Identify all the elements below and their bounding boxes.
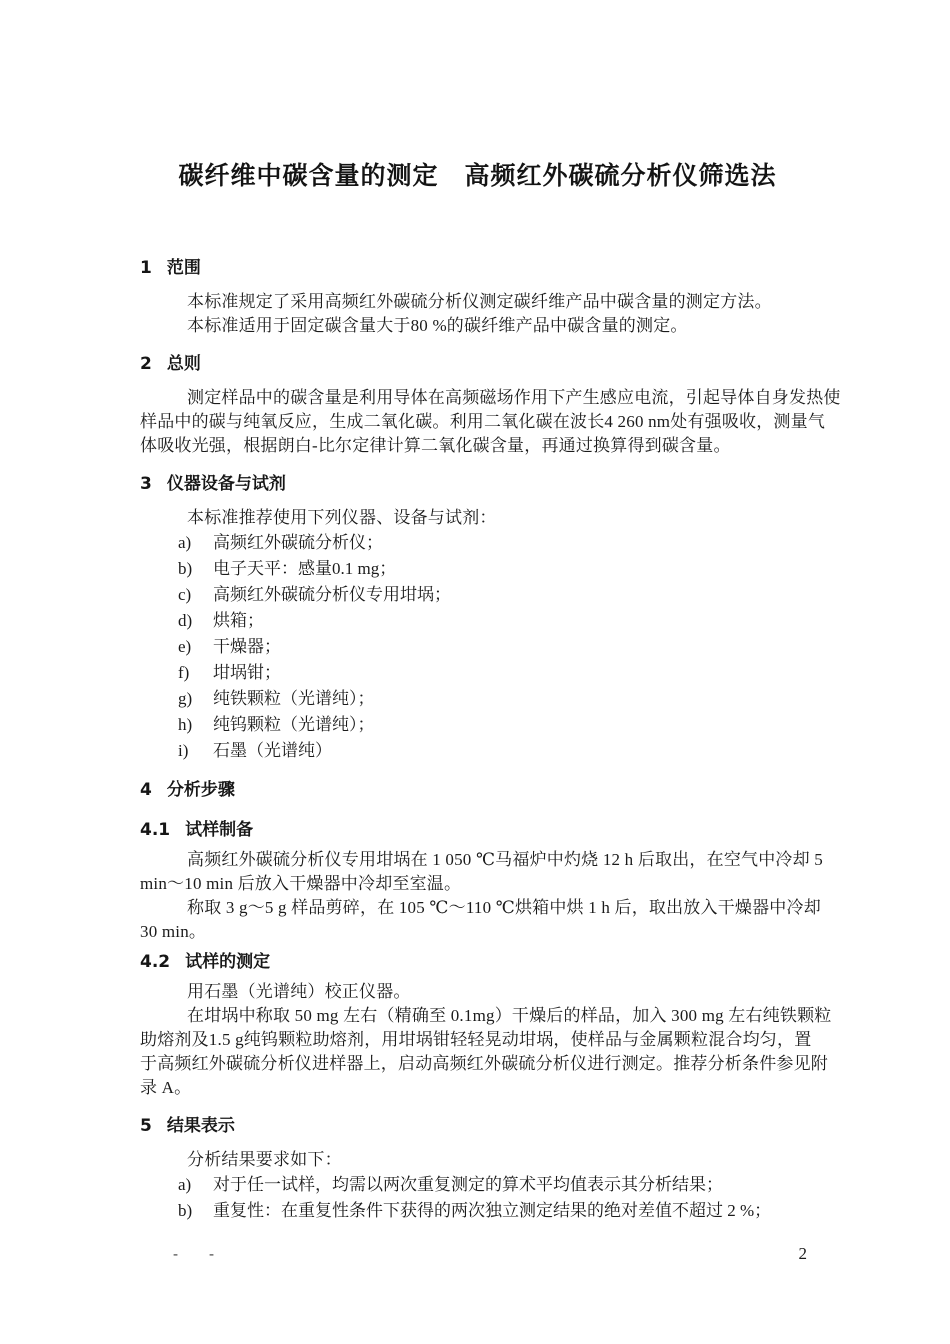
list-item-label: e) — [178, 634, 213, 660]
section-heading: 2总则 — [140, 352, 815, 376]
paragraph-line: 测定样品中的碳含量是利用导体在高频磁场作用下产生感应电流，引起导体自身发热使 — [140, 386, 815, 410]
section-heading-text: 结果表示 — [167, 1116, 235, 1136]
section-2: 2总则测定样品中的碳含量是利用导体在高频磁场作用下产生感应电流，引起导体自身发热… — [140, 338, 815, 458]
section-4.2: 4.2试样的测定用石墨（光谱纯）校正仪器。在坩埚中称取 50 mg 左右（精确至… — [140, 944, 815, 1100]
paragraph-line: 用石墨（光谱纯）校正仪器。 — [140, 980, 815, 1004]
list-item-label: a) — [178, 1172, 213, 1198]
list-item-text: 电子天平：感量0.1 mg； — [213, 559, 396, 578]
section-heading: 1范围 — [140, 256, 815, 280]
list-item: d)烘箱； — [140, 608, 815, 634]
section-heading: 3仪器设备与试剂 — [140, 472, 815, 496]
footer: - - 2 — [140, 1244, 813, 1264]
list-item-label: b) — [178, 1198, 213, 1224]
list-item-text: 对于任一试样，均需以两次重复测定的算术平均值表示其分析结果； — [213, 1175, 723, 1194]
list-item: b)重复性：在重复性条件下获得的两次独立测定结果的绝对差值不超过 2 %； — [140, 1198, 815, 1224]
section-heading: 4.2试样的测定 — [140, 950, 815, 974]
section-heading: 5结果表示 — [140, 1114, 815, 1138]
list-item-label: g) — [178, 686, 213, 712]
document-content: 碳纤维中碳含量的测定 高频红外碳硫分析仪筛选法 1范围本标准规定了采用高频红外碳… — [140, 0, 815, 1224]
section-number: 1 — [140, 256, 152, 280]
list-item-label: a) — [178, 530, 213, 556]
paragraph-line: 样品中的碳与纯氧反应，生成二氧化碳。利用二氧化碳在波长4 260 nm处有强吸收… — [140, 410, 815, 434]
section-5: 5结果表示分析结果要求如下：a)对于任一试样，均需以两次重复测定的算术平均值表示… — [140, 1100, 815, 1224]
paragraph-line: 于高频红外碳硫分析仪进样器上，启动高频红外碳硫分析仪进行测定。推荐分析条件参见附 — [140, 1052, 815, 1076]
section-heading-text: 试样制备 — [185, 820, 253, 840]
document-page: 碳纤维中碳含量的测定 高频红外碳硫分析仪筛选法 1范围本标准规定了采用高频红外碳… — [0, 0, 950, 1344]
list-item: a)对于任一试样，均需以两次重复测定的算术平均值表示其分析结果； — [140, 1172, 815, 1198]
list-item: h)纯钨颗粒（光谱纯）； — [140, 712, 815, 738]
list-item-text: 烘箱； — [213, 611, 264, 630]
list-item-text: 石墨（光谱纯） — [213, 741, 332, 760]
list-item-label: f) — [178, 660, 213, 686]
paragraph-line: 体吸收光强，根据朗白-比尔定律计算二氧化碳含量，再通过换算得到碳含量。 — [140, 434, 815, 458]
list-item: g)纯铁颗粒（光谱纯）； — [140, 686, 815, 712]
list-item: e)干燥器； — [140, 634, 815, 660]
document-title: 碳纤维中碳含量的测定 高频红外碳硫分析仪筛选法 — [140, 160, 815, 192]
paragraph-line: 助熔剂及1.5 g纯钨颗粒助熔剂，用坩埚钳轻轻晃动坩埚，使样品与金属颗粒混合均匀… — [140, 1028, 815, 1052]
list-item-text: 坩埚钳； — [213, 663, 281, 682]
section-heading: 4.1试样制备 — [140, 818, 815, 842]
section-3: 3仪器设备与试剂本标准推荐使用下列仪器、设备与试剂：a)高频红外碳硫分析仪；b)… — [140, 458, 815, 764]
paragraph-line: 分析结果要求如下： — [140, 1148, 815, 1172]
section-4: 4分析步骤 — [140, 764, 815, 812]
section-heading-text: 分析步骤 — [167, 780, 235, 800]
section-1: 1范围本标准规定了采用高频红外碳硫分析仪测定碳纤维产品中碳含量的测定方法。本标准… — [140, 242, 815, 338]
list-item: f)坩埚钳； — [140, 660, 815, 686]
section-heading: 4分析步骤 — [140, 778, 815, 802]
section-number: 4.1 — [140, 818, 170, 842]
list-item-text: 干燥器； — [213, 637, 281, 656]
section-number: 2 — [140, 352, 152, 376]
list-item-text: 高频红外碳硫分析仪； — [213, 533, 383, 552]
list-item-text: 纯钨颗粒（光谱纯）； — [213, 715, 375, 734]
list-item-label: c) — [178, 582, 213, 608]
page-number: 2 — [799, 1244, 814, 1264]
list-item-text: 纯铁颗粒（光谱纯）； — [213, 689, 375, 708]
paragraph-line: 在坩埚中称取 50 mg 左右（精确至 0.1mg）干燥后的样品，加入 300 … — [140, 1004, 815, 1028]
paragraph-line: 高频红外碳硫分析仪专用坩埚在 1 050 ℃马福炉中灼烧 12 h 后取出，在空… — [140, 848, 815, 872]
list-item: b)电子天平：感量0.1 mg； — [140, 556, 815, 582]
list-item-label: i) — [178, 738, 213, 764]
list-item-text: 高频红外碳硫分析仪专用坩埚； — [213, 585, 451, 604]
list-item: i)石墨（光谱纯） — [140, 738, 815, 764]
list-item: a)高频红外碳硫分析仪； — [140, 530, 815, 556]
paragraph-line: min～10 min 后放入干燥器中冷却至室温。 — [140, 872, 815, 896]
list-item-label: b) — [178, 556, 213, 582]
section-heading-text: 范围 — [167, 258, 201, 278]
paragraph-line: 30 min。 — [140, 920, 815, 944]
paragraph-line: 本标准规定了采用高频红外碳硫分析仪测定碳纤维产品中碳含量的测定方法。 — [140, 290, 815, 314]
list-item-label: d) — [178, 608, 213, 634]
paragraph-line: 称取 3 g～5 g 样品剪碎，在 105 ℃～110 ℃烘箱中烘 1 h 后，… — [140, 896, 815, 920]
paragraph-line: 录 A。 — [140, 1076, 815, 1100]
section-number: 5 — [140, 1114, 152, 1138]
paragraph-line: 本标准适用于固定碳含量大于80 %的碳纤维产品中碳含量的测定。 — [140, 314, 815, 338]
list-item: c)高频红外碳硫分析仪专用坩埚； — [140, 582, 815, 608]
section-number: 4 — [140, 778, 152, 802]
section-heading-text: 试样的测定 — [185, 952, 270, 972]
paragraph-line: 本标准推荐使用下列仪器、设备与试剂： — [140, 506, 815, 530]
document-body: 1范围本标准规定了采用高频红外碳硫分析仪测定碳纤维产品中碳含量的测定方法。本标准… — [140, 242, 815, 1224]
section-heading-text: 仪器设备与试剂 — [167, 474, 286, 494]
list-item-label: h) — [178, 712, 213, 738]
list-item-text: 重复性：在重复性条件下获得的两次独立测定结果的绝对差值不超过 2 %； — [213, 1201, 771, 1220]
footer-mark: - - — [171, 1245, 225, 1263]
section-number: 4.2 — [140, 950, 170, 974]
section-4.1: 4.1试样制备高频红外碳硫分析仪专用坩埚在 1 050 ℃马福炉中灼烧 12 h… — [140, 812, 815, 944]
section-number: 3 — [140, 472, 152, 496]
section-heading-text: 总则 — [167, 354, 201, 374]
